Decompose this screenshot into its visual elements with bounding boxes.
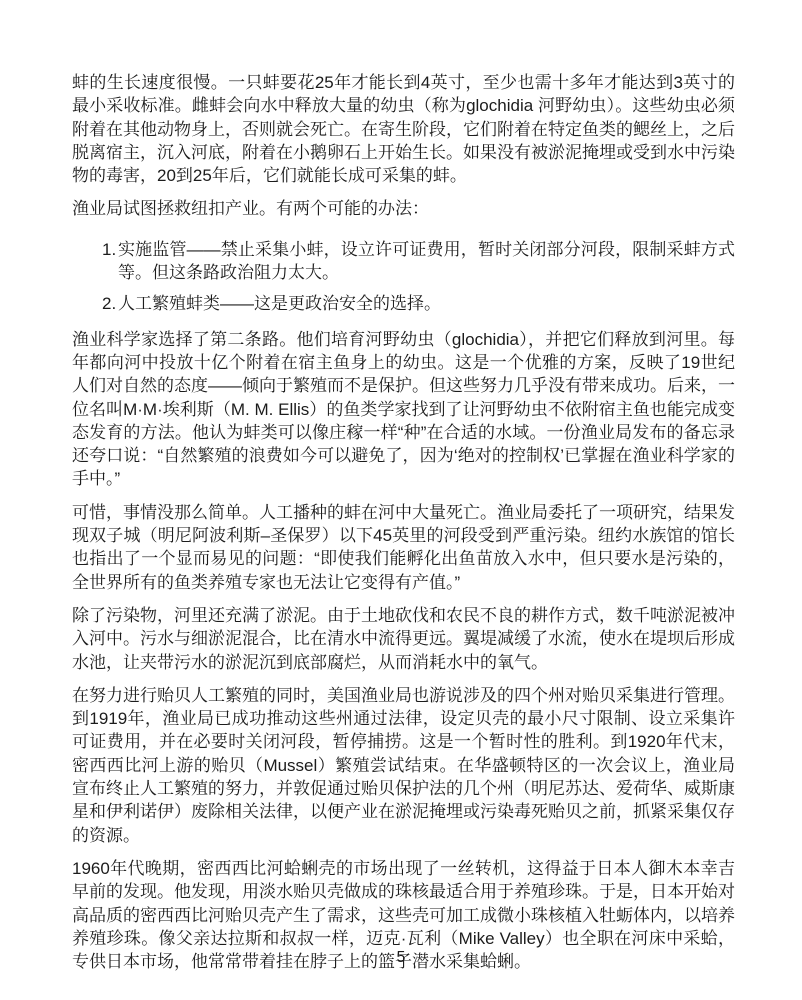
paragraph-state-regulation: 在努力进行贻贝人工繁殖的同时，美国渔业局也游说涉及的四个州对贻贝采集进行管理。到… — [72, 684, 735, 847]
paragraph-mussel-growth: 蚌的生长速度很慢。一只蚌要花25年才能长到4英寸，至少也需十多年才能达到3英寸的… — [72, 71, 735, 187]
document-body: 蚌的生长速度很慢。一只蚌要花25年才能长到4英寸，至少也需十多年才能达到3英寸的… — [72, 71, 735, 983]
list-item-text: 人工繁殖蚌类——这是更政治安全的选择。 — [118, 292, 735, 315]
list-item-number: 1. — [102, 238, 118, 285]
paragraph-rescue-intro: 渔业局试图拯救纽扣产业。有两个可能的办法： — [72, 197, 735, 220]
paragraph-pollution-finding: 可惜，事情没那么简单。人工播种的蚌在河中大量死亡。渔业局委托了一项研究，结果发现… — [72, 501, 735, 594]
list-item-text: 实施监管——禁止采集小蚌，设立许可证费用，暂时关闭部分河段，限制采蚌方式等。但这… — [118, 238, 735, 285]
list-item-regulation: 1. 实施监管——禁止采集小蚌，设立许可证费用，暂时关闭部分河段，限制采蚌方式等… — [102, 238, 735, 285]
paragraph-propagation-effort: 渔业科学家选择了第二条路。他们培育河野幼虫（glochidia），并把它们释放到… — [72, 328, 735, 491]
options-list: 1. 实施监管——禁止采集小蚌，设立许可证费用，暂时关闭部分河段，限制采蚌方式等… — [72, 238, 735, 316]
paragraph-silt-problem: 除了污染物，河里还充满了淤泥。由于土地砍伐和农民不良的耕作方式，数千吨淤泥被冲入… — [72, 604, 735, 674]
page-number: 5 — [397, 949, 406, 966]
page-footer: 5 — [0, 948, 802, 968]
list-item-propagation: 2. 人工繁殖蚌类——这是更政治安全的选择。 — [102, 292, 735, 315]
list-item-number: 2. — [102, 292, 118, 315]
document-page: 蚌的生长速度很慢。一只蚌要花25年才能长到4英寸，至少也需十多年才能达到3英寸的… — [0, 0, 802, 1000]
